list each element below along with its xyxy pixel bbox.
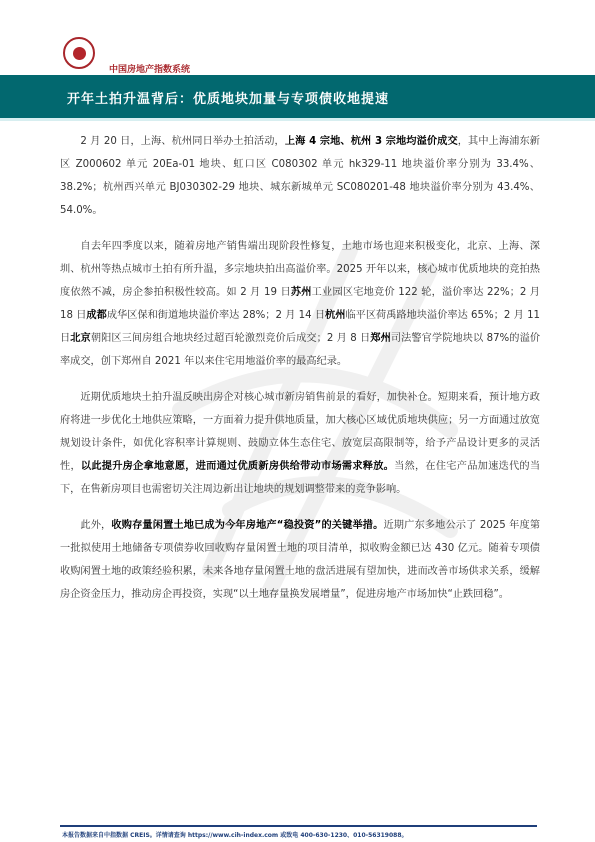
emphasis-text: 北京 (70, 333, 91, 344)
paragraph: 自去年四季度以来，随着房地产销售端出现阶段性修复，土地市场也迎来积极变化，北京、… (60, 235, 540, 373)
body-text: 2 月 20 日，上海、杭州同日举办土拍活动， (80, 136, 284, 147)
paragraph: 近期优质地块土拍升温反映出房企对核心城市新房销售前景的看好，加快补仓。短期来看，… (60, 386, 540, 501)
paragraph: 此外，收购存量闲置土地已成为今年房地产“稳投资”的关键举措。近期广东多地公示了 … (60, 514, 540, 606)
logo (63, 37, 103, 71)
emphasis-text: 郑州 (370, 333, 391, 344)
emphasis-text: 苏州 (291, 287, 312, 298)
body-text: 近期优质地块土拍升温反映出房企对核心城市新房销售前景的看好，加快补仓。短期来看，… (60, 392, 540, 472)
body-text: ，其中上海浦东新区 Z000602 单元 20Ea-01 地块、虹口区 C080… (60, 136, 540, 216)
page-title: 开年土拍升温背后：优质地块加量与专项债收地提速 (67, 88, 389, 107)
article-body: 2 月 20 日，上海、杭州同日举办土拍活动，上海 4 宗地、杭州 3 宗地均溢… (60, 130, 540, 619)
emphasis-text: 成都 (86, 310, 106, 321)
body-text: 近期广东多地公示了 2025 年度第一批拟使用土地储备专项债券收回收购存量闲置土… (60, 520, 540, 600)
footer-source-note: 本报告数据来自中指数据 CREIS。详情请查询 https://www.cih-… (62, 830, 408, 839)
body-text: 此外， (80, 520, 111, 531)
logo-center-icon (73, 47, 86, 60)
footer-divider (60, 825, 537, 827)
logo-emblem-icon (63, 37, 95, 69)
emphasis-text: 上海 4 宗地、杭州 3 宗地均溢价成交 (285, 136, 458, 147)
body-text: 朝阳区三间房组合地块经过超百轮激烈竞价后成交；2 月 8 日 (91, 333, 371, 344)
emphasis-text: 杭州 (325, 310, 345, 321)
body-text: 成华区保和街道地块溢价率达 28%；2 月 14 日 (107, 310, 325, 321)
brand-name: 中国房地产指数系统 (109, 62, 190, 75)
emphasis-text: 收购存量闲置土地已成为今年房地产“稳投资”的关键举措。 (111, 520, 383, 531)
title-band: 开年土拍升温背后：优质地块加量与专项债收地提速 (0, 75, 595, 121)
paragraph: 2 月 20 日，上海、杭州同日举办土拍活动，上海 4 宗地、杭州 3 宗地均溢… (60, 130, 540, 222)
emphasis-text: 以此提升房企拿地意愿，进而通过优质新房供给带动市场需求释放。 (81, 461, 394, 472)
